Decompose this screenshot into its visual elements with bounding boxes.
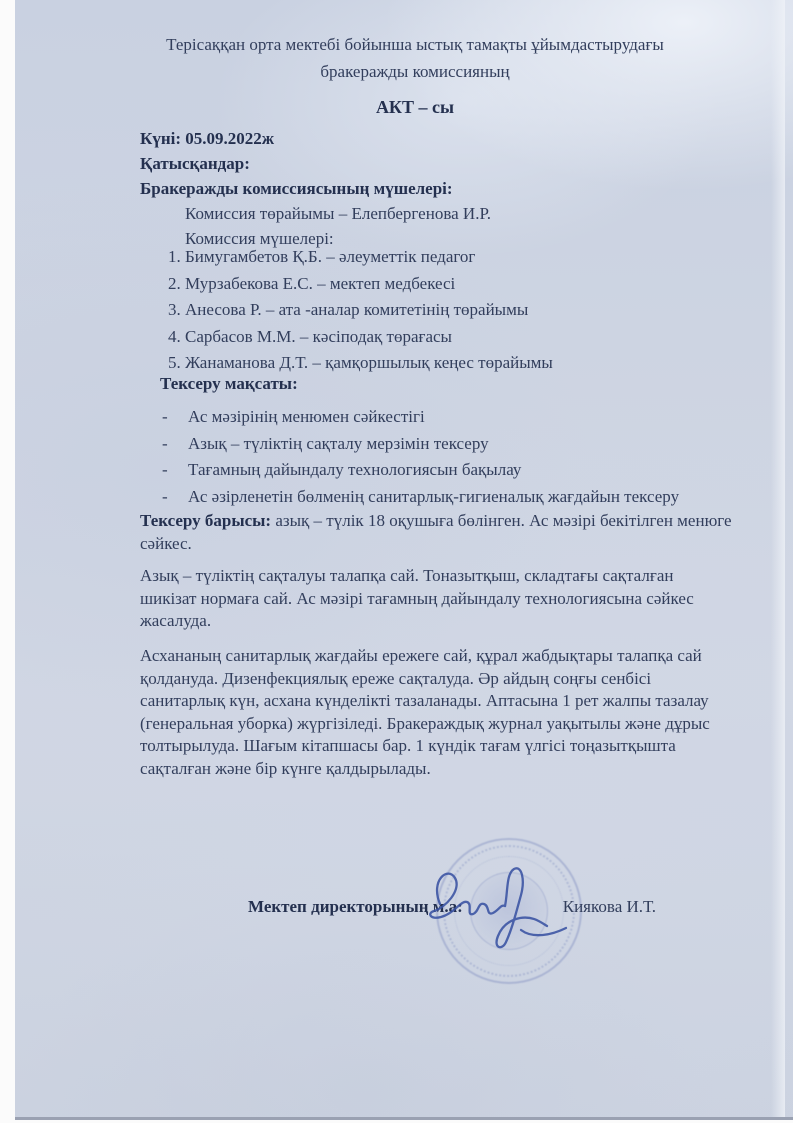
date-line: Күні: 05.09.2022ж [140,129,274,149]
paper-sheet: Терісаққан орта мектебі бойынша ыстық та… [15,0,793,1120]
commission-label: Бракеражды комиссиясының мүшелері: [140,179,453,199]
purpose-item: - Азық – түліктің сақталу мерзімін тексе… [162,431,732,458]
purpose-item: - Ас мәзірінің менюмен сәйкестігі [162,404,732,431]
member-item: Бимугамбетов Қ.Б. – әлеуметтік педагог [185,244,718,271]
member-item: Жанаманова Д.Т. – қамқоршылық кеңес төра… [185,350,718,377]
commission-members-list: Бимугамбетов Қ.Б. – әлеуметтік педагог М… [158,244,718,377]
signature-label: Мектеп директорының м.а: [248,897,463,917]
storage-paragraph: Азық – түліктің сақталуы талапқа сай. То… [140,565,732,633]
dash-bullet: - [162,457,188,484]
dash-bullet: - [162,484,188,511]
signature-name: Киякова И.Т. [563,897,656,917]
act-title: АКТ – сы [75,97,755,118]
document-header-line2: бракеражды комиссияның [75,58,755,85]
process-heading: Тексеру барысы: [140,511,271,530]
document-header-line1: Терісаққан орта мектебі бойынша ыстық та… [75,31,755,58]
process-paragraph: Тексеру барысы: азық – түлік 18 оқушыға … [140,510,732,555]
participants-label: Қатысқандар: [140,154,250,174]
member-item: Анесова Р. – ата -аналар комитетінің төр… [185,297,718,324]
purpose-list: - Ас мәзірінің менюмен сәйкестігі - Азық… [162,404,732,510]
purpose-heading: Тексеру мақсаты: [160,374,298,394]
purpose-item: - Тағамның дайындалу технологиясын бақыл… [162,457,732,484]
purpose-item-text: Ас мәзірінің менюмен сәйкестігі [188,404,425,431]
purpose-item-text: Ас әзірленетін бөлменің санитарлық-гигие… [188,484,679,511]
member-item: Мурзабекова Е.С. – мектеп медбекесі [185,271,718,298]
signature-row: Мектеп директорының м.а: Киякова И.Т. [248,897,656,917]
chair-line: Комиссия төрайымы – Елепбергенова И.Р. [185,204,491,224]
sanitary-paragraph: Асхананың санитарлық жағдайы ережеге сай… [140,645,732,780]
member-item: Сарбасов М.М. – кәсіподақ төрағасы [185,324,718,351]
document-photo: { "document": { "header_line1": "Терісақ… [0,0,793,1123]
dash-bullet: - [162,431,188,458]
purpose-item-text: Тағамның дайындалу технологиясын бақылау [188,457,521,484]
purpose-item: - Ас әзірленетін бөлменің санитарлық-гиг… [162,484,732,511]
dash-bullet: - [162,404,188,431]
purpose-item-text: Азық – түліктің сақталу мерзімін тексеру [188,431,489,458]
